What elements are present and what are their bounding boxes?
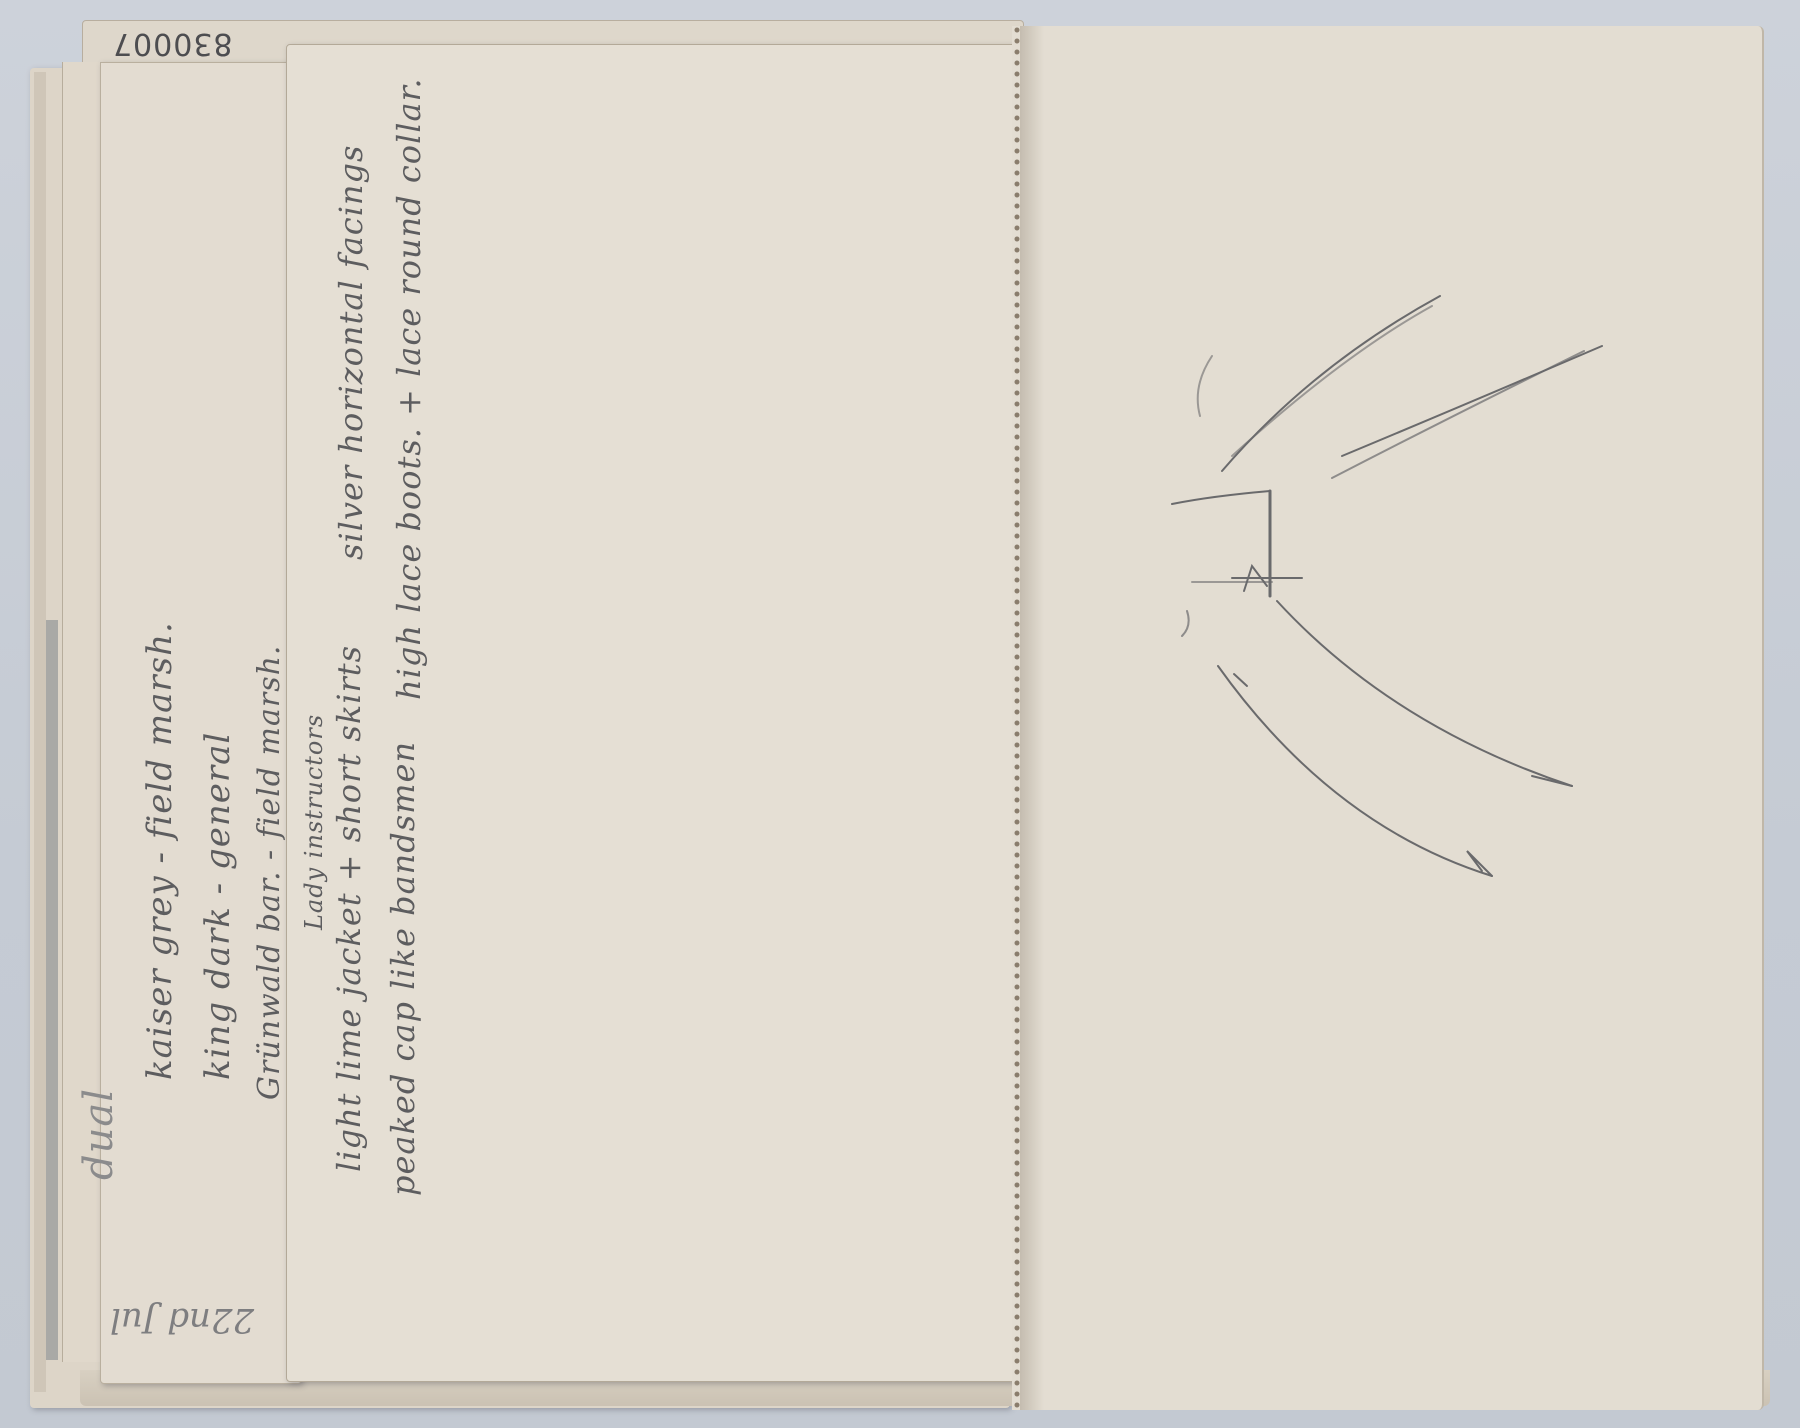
page-edges	[34, 72, 46, 1392]
handwritten-line: Grünwald bar. - field marsh.	[252, 645, 287, 1100]
catalog-number: 830007	[112, 26, 233, 61]
handwritten-line: high lace boots. + lace round collar.	[390, 77, 428, 700]
date-note: 22nd Jul	[110, 1300, 254, 1340]
handwritten-line: light lime jacket + short skirts	[330, 645, 368, 1172]
faint-handwriting: dual	[76, 1088, 122, 1180]
handwritten-line: silver horizontal facings	[332, 145, 370, 560]
gray-page-strip	[46, 620, 58, 1360]
handwritten-line: kaiser grey - field marsh.	[140, 621, 180, 1080]
handwritten-line: peaked cap like bandsmen	[384, 741, 422, 1196]
pencil-sketch	[1012, 26, 1762, 1410]
handwritten-heading: Lady instructors	[300, 714, 328, 930]
handwritten-line: king dark - general	[198, 732, 238, 1080]
